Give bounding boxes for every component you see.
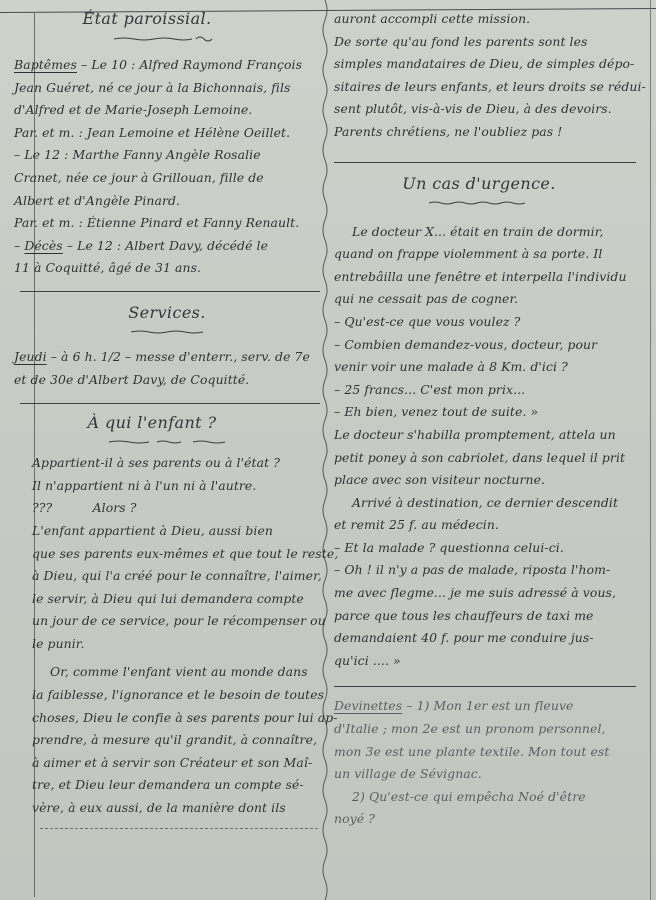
label-devinettes: Devinettes [334, 698, 402, 713]
flourish-divider [334, 197, 644, 209]
article-line: – Combien demandez-vous, docteur, pour [334, 334, 644, 357]
article-line: à aimer et à servir son Créateur et son … [32, 752, 320, 775]
article-line: – 25 francs... C'est mon prix... [334, 379, 644, 402]
article-continuation: auront accompli cette mission. De sorte … [334, 8, 644, 144]
article-line: Parents chrétiens, ne l'oubliez pas ! [334, 121, 644, 144]
devinettes-riddles: Devinettes – 1) Mon 1er est un fleuve d'… [334, 695, 644, 831]
article-line: – Qu'est-ce que vous voulez ? [334, 311, 644, 334]
services-list: Jeudi – à 6 h. 1/2 – messe d'enterr., se… [14, 346, 320, 391]
article-line: entrebâilla une fenêtre et interpella l'… [334, 266, 644, 289]
left-column: État paroissial. Baptêmes – Le 10 : Alfr… [14, 0, 320, 900]
article-line: un jour de ce service, pour le récompens… [32, 610, 320, 633]
article-un-cas-durgence: Le docteur X... était en train de dormir… [334, 221, 644, 673]
article-line: – Eh bien, venez tout de suite. » [334, 401, 644, 424]
article-line: qui ne cessait pas de cogner. [334, 288, 644, 311]
heading-a-qui-lenfant: À qui l'enfant ? [14, 410, 320, 436]
riddle-line: d'Italie ; mon 2e est un pronom personne… [334, 718, 644, 741]
heading-un-cas-durgence: Un cas d'urgence. [334, 171, 644, 197]
article-line: demandaient 40 f. pour me conduire jus- [334, 627, 644, 650]
article-line: place avec son visiteur nocturne. [334, 469, 644, 492]
services-line: et de 30e d'Albert Davy, de Coquitté. [14, 369, 320, 392]
register-line: Jean Guéret, né ce jour à la Bichonnais,… [14, 77, 320, 100]
article-line: choses, Dieu le confie à ses parents pou… [32, 707, 320, 730]
heading-etat-paroissial: État paroissial. [14, 6, 320, 32]
label-jeudi: Jeudi [14, 349, 47, 364]
register-line: Par. et m. : Jean Lemoine et Hélène Oeil… [14, 122, 320, 145]
article-line: prendre, à mesure qu'il grandit, à conna… [32, 729, 320, 752]
right-column: auront accompli cette mission. De sorte … [334, 0, 644, 900]
services-line: Jeudi – à 6 h. 1/2 – messe d'enterr., se… [14, 346, 320, 369]
riddle-line: 2) Qu'est-ce qui empêcha Noé d'être [334, 786, 644, 809]
riddle-line: noyé ? [334, 808, 644, 831]
heading-services: Services. [14, 300, 320, 326]
register-line: d'Alfred et de Marie-Joseph Lemoine. [14, 99, 320, 122]
register-line: Cranet, née ce jour à Grillouan, fille d… [14, 167, 320, 190]
article-line: De sorte qu'au fond les parents sont les [334, 31, 644, 54]
article-line: simples mandataires de Dieu, de simples … [334, 53, 644, 76]
riddle-line: mon 3e est une plante textile. Mon tout … [334, 741, 644, 764]
article-line: Arrivé à destination, ce dernier descend… [334, 492, 644, 515]
flourish-divider [14, 326, 320, 338]
article-line: petit poney à son cabriolet, dans lequel… [334, 447, 644, 470]
article-line: qu'ici .... » [334, 650, 644, 673]
article-a-qui-lenfant: Appartient-il à ses parents ou à l'état … [14, 452, 320, 820]
article-line: L'enfant appartient à Dieu, aussi bien [32, 520, 320, 543]
article-line: Le docteur s'habilla promptement, attela… [334, 424, 644, 447]
bottom-dotted-rule [40, 828, 320, 829]
parish-register: Baptêmes – Le 10 : Alfred Raymond Franço… [14, 54, 320, 280]
register-line: Albert et d'Angèle Pinard. [14, 190, 320, 213]
article-line: Or, comme l'enfant vient au monde dans [32, 661, 320, 684]
register-line: Baptêmes – Le 10 : Alfred Raymond Franço… [14, 54, 320, 77]
article-line: venir voir une malade à 8 Km. d'ici ? [334, 356, 644, 379]
register-line: Par. et m. : Étienne Pinard et Fanny Ren… [14, 212, 320, 235]
article-line: ??? Alors ? [32, 497, 320, 520]
label-deces: Décès [24, 238, 62, 253]
register-line: 11 à Coquitté, âgé de 31 ans. [14, 257, 320, 280]
right-margin-rule [650, 0, 651, 900]
article-line: et remit 25 f. au médecin. [334, 514, 644, 537]
newsletter-page: État paroissial. Baptêmes – Le 10 : Alfr… [0, 0, 656, 900]
register-line: – Le 12 : Marthe Fanny Angèle Rosalie [14, 144, 320, 167]
column-divider-wavy [318, 0, 332, 900]
article-line: me avec flegme... je me suis adressé à v… [334, 582, 644, 605]
article-line: – Et la malade ? questionna celui-ci. [334, 537, 644, 560]
article-line: tre, et Dieu leur demandera un compte sé… [32, 774, 320, 797]
article-line: à Dieu, qui l'a créé pour le connaître, … [32, 565, 320, 588]
riddle-line: un village de Sévignac. [334, 763, 644, 786]
article-line: vère, à eux aussi, de la manière dont il… [32, 797, 320, 820]
article-line: Le docteur X... était en train de dormir… [334, 221, 644, 244]
label-baptemes: Baptêmes [14, 57, 77, 72]
register-line: – Décès – Le 12 : Albert Davy, décédé le [14, 235, 320, 258]
article-line: le servir, à Dieu qui lui demandera comp… [32, 588, 320, 611]
article-line: sent plutôt, vis-à-vis de Dieu, à des de… [334, 98, 644, 121]
flourish-divider [14, 436, 320, 448]
article-line: la faiblesse, l'ignorance et le besoin d… [32, 684, 320, 707]
article-line: auront accompli cette mission. [334, 8, 644, 31]
article-line: sitaires de leurs enfants, et leurs droi… [334, 76, 644, 99]
article-line: Appartient-il à ses parents ou à l'état … [32, 452, 320, 475]
article-line: le punir. [32, 633, 320, 656]
riddle-line: Devinettes – 1) Mon 1er est un fleuve [334, 695, 644, 718]
article-line: quand on frappe violemment à sa porte. I… [334, 243, 644, 266]
article-line: – Oh ! il n'y a pas de malade, riposta l… [334, 559, 644, 582]
article-line: que ses parents eux-mêmes et que tout le… [32, 543, 320, 566]
flourish-divider [14, 32, 320, 44]
article-line: Il n'appartient ni à l'un ni à l'autre. [32, 475, 320, 498]
article-line: parce que tous les chauffeurs de taxi me [334, 605, 644, 628]
